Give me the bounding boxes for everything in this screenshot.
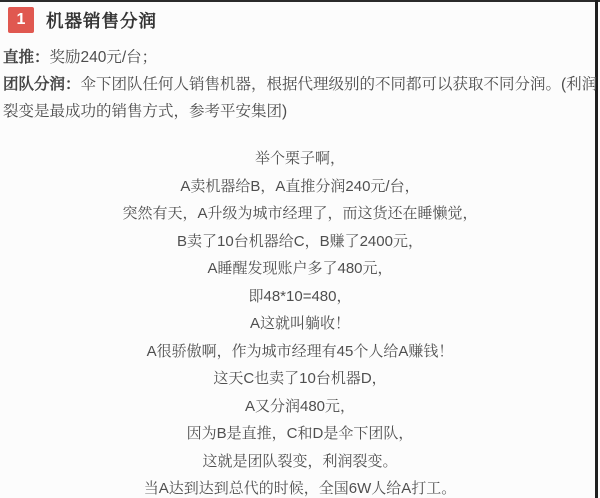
intro-direct-label: 直推： [3, 49, 50, 66]
story-section: 举个栗子啊， A卖机器给B，A直推分润240元/台， 突然有天，A升级为城市经理… [0, 145, 600, 498]
story-line: A这就叫躺收！ [0, 310, 600, 338]
story-line: 举个栗子啊， [0, 145, 600, 173]
story-line: 突然有天，A升级为城市经理了，而这货还在睡懒觉， [0, 200, 600, 228]
article-page: 1 机器销售分润 直推：奖励240元/台； 团队分润：伞下团队任何人销售机器，根… [0, 0, 600, 498]
intro-team-text: 伞下团队任何人销售机器，根据代理级别的不同都可以获取不同分润。(利润裂变是最成功… [3, 76, 597, 120]
intro-team-label: 团队分润： [3, 76, 81, 93]
story-line: A很骄傲啊，作为城市经理有45个人给A赚钱！ [0, 338, 600, 366]
page-title: 机器销售分润 [46, 8, 157, 33]
story-line: A卖机器给B，A直推分润240元/台， [0, 173, 600, 201]
story-line: 当A达到达到总代的时候，全国6W人给A打工。 [0, 475, 600, 498]
story-line: B卖了10台机器给C，B赚了2400元， [0, 228, 600, 256]
story-line: 即48*10=480， [0, 283, 600, 311]
story-line: 这天C也卖了10台机器D， [0, 365, 600, 393]
intro-section: 直推：奖励240元/台； 团队分润：伞下团队任何人销售机器，根据代理级别的不同都… [3, 44, 598, 125]
section-number-badge: 1 [8, 7, 34, 33]
intro-line-direct: 直推：奖励240元/台； [3, 44, 598, 71]
intro-line-team: 团队分润：伞下团队任何人销售机器，根据代理级别的不同都可以获取不同分润。(利润裂… [3, 71, 598, 125]
story-line: A睡醒发现账户多了480元， [0, 255, 600, 283]
story-line: 因为B是直推，C和D是伞下团队， [0, 420, 600, 448]
section-header: 1 机器销售分润 [8, 7, 157, 33]
story-line: 这就是团队裂变，利润裂变。 [0, 448, 600, 476]
top-border [0, 0, 600, 2]
story-line: A又分润480元， [0, 393, 600, 421]
intro-direct-text: 奖励240元/台； [50, 49, 158, 66]
